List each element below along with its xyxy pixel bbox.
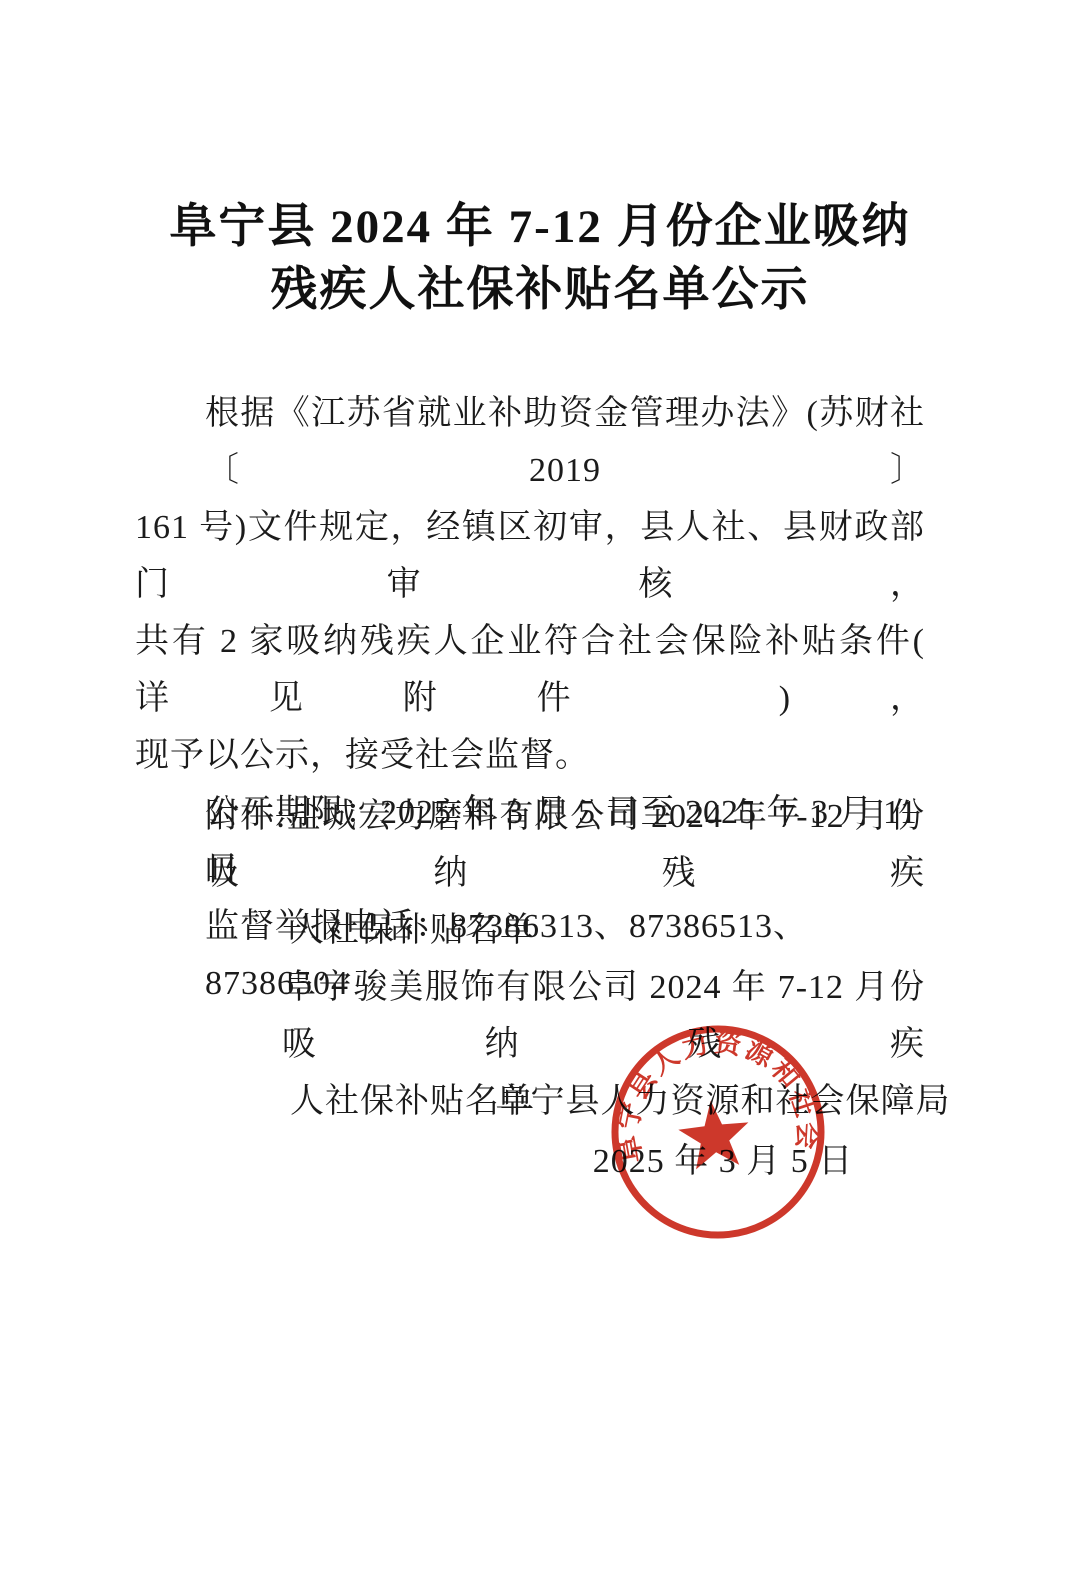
- body-line: 现予以公示，接受社会监督。: [135, 727, 925, 784]
- attachment-line: 附件:盐城宏力磨料有限公司 2024 年 7-12 月份吸纳残疾: [135, 788, 925, 902]
- attachment-line: 人社保补贴名单: [135, 902, 925, 959]
- official-seal-stamp: 阜宁县人力资源和社会保障局: [593, 1007, 844, 1258]
- seal-star-icon: [676, 1097, 753, 1171]
- notice-page: 阜宁县 2024 年 7-12 月份企业吸纳 残疾人社保补贴名单公示 根据《江苏…: [0, 0, 1080, 1573]
- document-title: 阜宁县 2024 年 7-12 月份企业吸纳 残疾人社保补贴名单公示: [0, 196, 1080, 322]
- body-line: 161 号)文件规定，经镇区初审，县人社、县财政部门审核，: [135, 499, 925, 613]
- body-line: 根据《江苏省就业补助资金管理办法》(苏财社〔2019〕: [135, 385, 925, 499]
- title-line-1: 阜宁县 2024 年 7-12 月份企业吸纳: [0, 196, 1080, 259]
- body-line: 共有 2 家吸纳残疾人企业符合社会保险补贴条件( 详见附件 )，: [135, 613, 925, 727]
- title-line-2: 残疾人社保补贴名单公示: [0, 259, 1080, 322]
